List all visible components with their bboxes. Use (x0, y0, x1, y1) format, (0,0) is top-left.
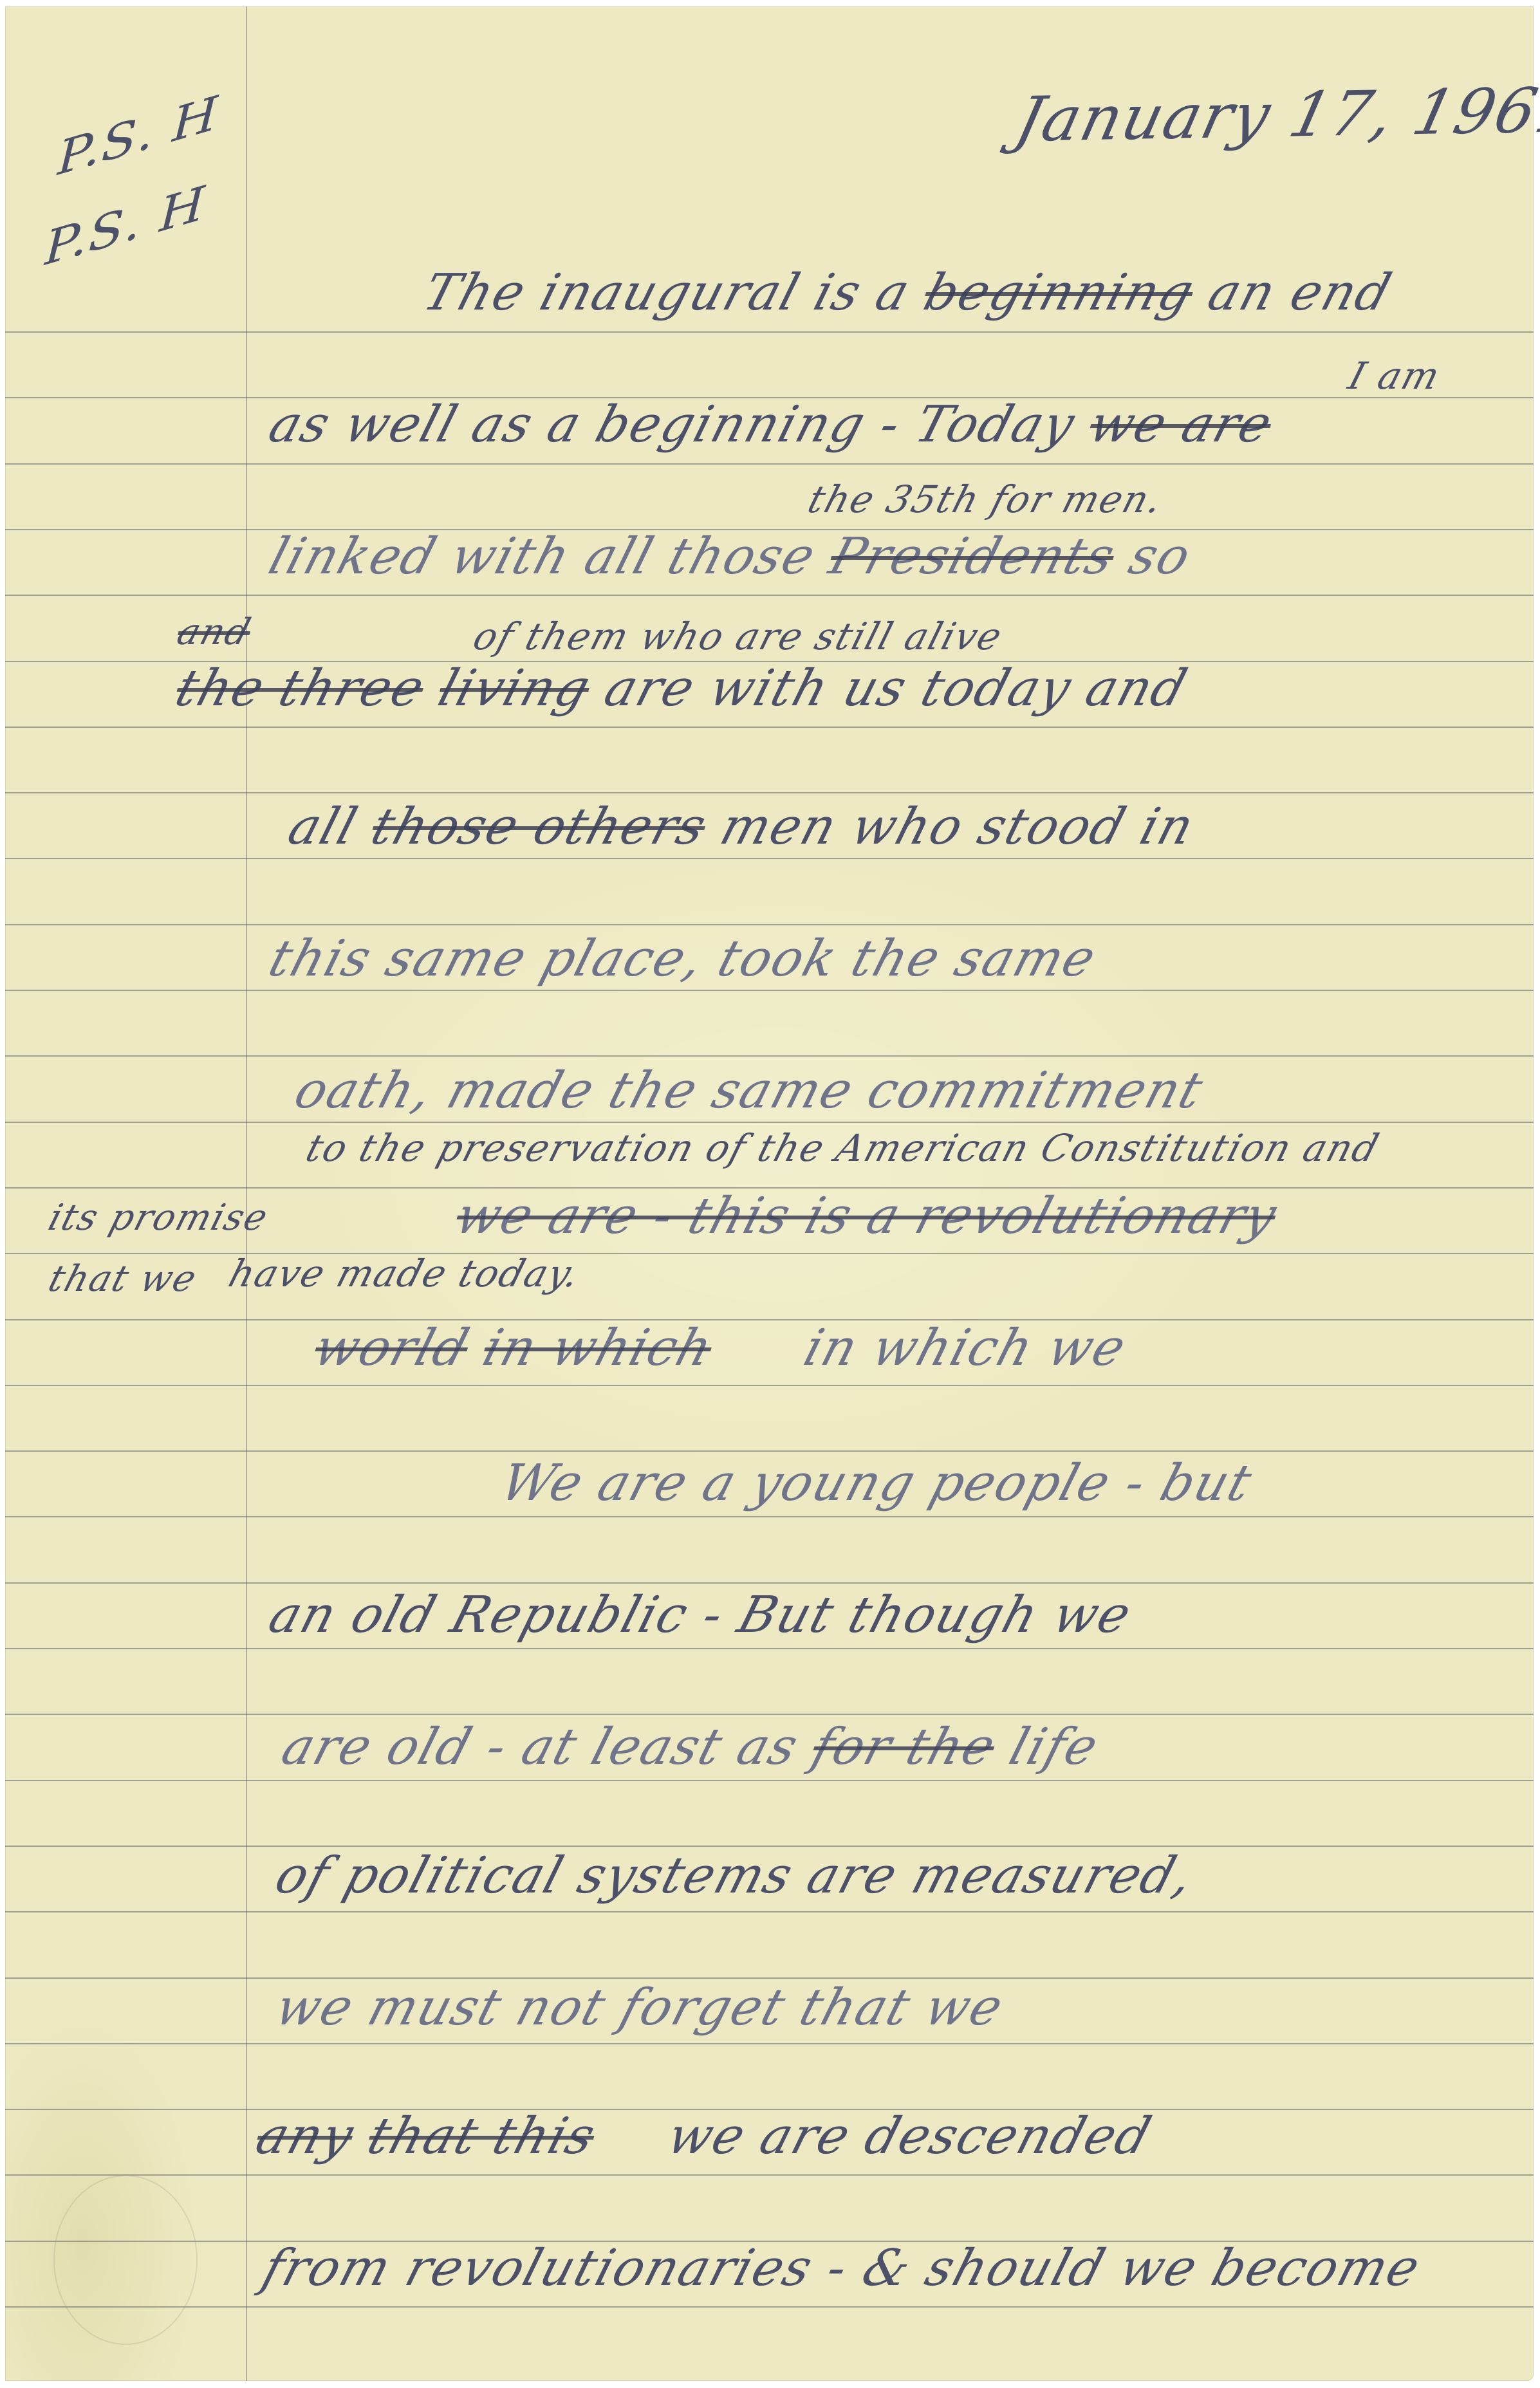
ruled-line (5, 858, 1534, 859)
ruled-line (5, 792, 1534, 793)
manuscript-line-11: world in which in which we (308, 1319, 1133, 1377)
manuscript-margin-4: and (172, 611, 256, 653)
ruled-line (5, 1714, 1534, 1715)
ruled-line (5, 1648, 1534, 1649)
ruled-line (5, 990, 1534, 991)
manuscript-margin-10: that we (44, 1258, 202, 1300)
manuscript-line-17: any that this we are descended (250, 2107, 1158, 2165)
ruled-line (5, 1450, 1534, 1452)
ruled-line (5, 1780, 1534, 1781)
ruled-line (5, 924, 1534, 925)
ruled-line (5, 463, 1534, 465)
margin-line (246, 6, 247, 2381)
ruled-line (5, 1582, 1534, 1584)
manuscript-line-7: oath, made the same commitment (288, 1062, 1210, 1120)
legal-pad-page: P.S. H P.S. H January 17, 1961 The inaug… (5, 6, 1534, 2381)
ruled-line (5, 1055, 1534, 1057)
corner-mark-bottom: P.S. H (44, 174, 207, 276)
manuscript-line-10: have made today. (224, 1252, 586, 1295)
manuscript-line-14: are old - at least as for the life (275, 1718, 1105, 1776)
manuscript-insert-2: I am (1344, 354, 1445, 398)
ruled-line (5, 2043, 1534, 2044)
ruled-line (5, 2306, 1534, 2308)
manuscript-line-9: we are - this is a revolutionary (449, 1187, 1284, 1245)
corner-mark-top: P.S. H (57, 84, 220, 186)
manuscript-line-3: linked with all those Presidents so (263, 528, 1198, 586)
manuscript-line-12: We are a young people - but (494, 1454, 1259, 1512)
ruled-line (5, 1911, 1534, 1912)
ruled-line (5, 2174, 1534, 2176)
ruled-line (5, 595, 1534, 596)
manuscript-line-5: all those others men who stood in (282, 798, 1201, 856)
document-date: January 17, 1961 (1009, 74, 1540, 156)
manuscript-insert-4: of them who are still alive (468, 615, 1008, 658)
manuscript-line-4: the three living are with us today and (169, 660, 1194, 717)
ruled-line (5, 1253, 1534, 1254)
struck-word: beginning (918, 264, 1201, 322)
faded-archive-stamp (53, 2175, 198, 2345)
manuscript-line-1: The inaugural is a beginning an end (417, 264, 1398, 322)
ruled-line (5, 727, 1534, 728)
manuscript-line-2: as well as a beginning - Today we are (263, 396, 1279, 454)
manuscript-line-8: to the preservation of the American Cons… (301, 1126, 1385, 1170)
ruled-line (5, 1122, 1534, 1123)
ruled-line (5, 1516, 1534, 1517)
manuscript-margin-9: its promise (44, 1197, 274, 1239)
manuscript-line-16: we must not forget that we (269, 1979, 1010, 2037)
ruled-line (5, 331, 1534, 333)
manuscript-insert-3: the 35th for men. (803, 477, 1168, 521)
ruled-line (5, 1385, 1534, 1386)
manuscript-line-13: an old Republic - But though we (263, 1586, 1138, 1644)
manuscript-line-15: of political systems are measured, (269, 1847, 1201, 1905)
manuscript-line-18: from revolutionaries - & should we becom… (256, 2239, 1427, 2297)
manuscript-line-6: this same place, took the same (263, 930, 1103, 988)
